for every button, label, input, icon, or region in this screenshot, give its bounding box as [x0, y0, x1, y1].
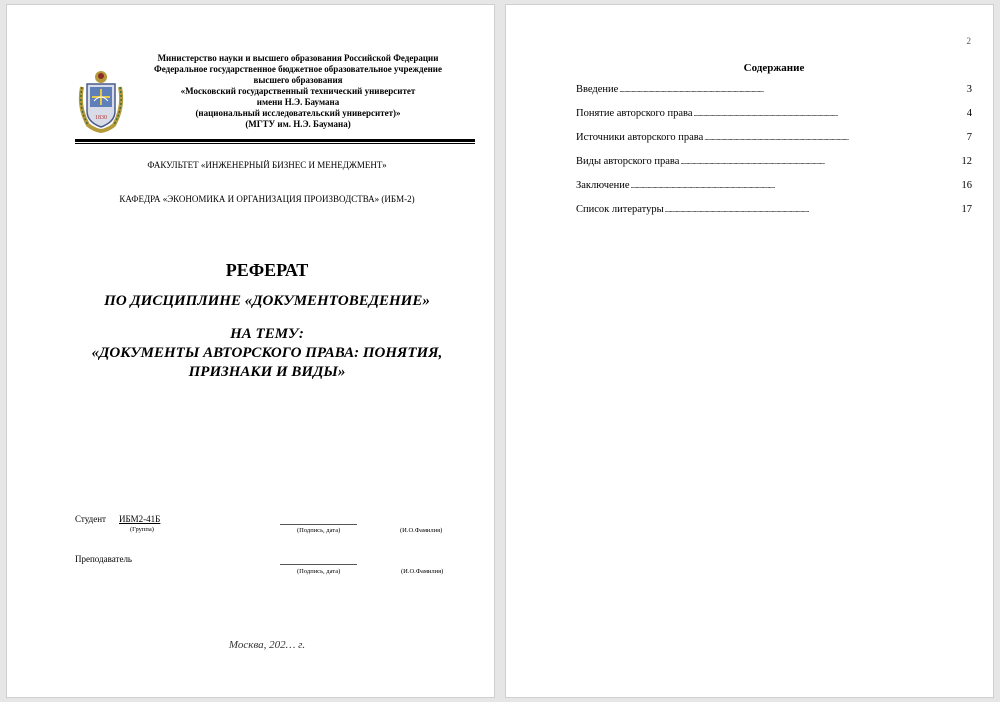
teacher-label: Преподаватель: [75, 554, 132, 564]
header-line: «Московский государственный технический …: [119, 86, 477, 97]
toc-entry-page: 7: [967, 131, 972, 145]
toc-entry-page: 16: [962, 179, 973, 193]
toc-entry-label: Источники авторского права: [576, 131, 703, 145]
toc-entry[interactable]: Виды авторского права 12: [576, 155, 972, 179]
topic-label: НА ТЕМУ:: [37, 325, 497, 344]
toc-entry[interactable]: Заключение 16: [576, 179, 972, 203]
faculty-name: ФАКУЛЬТЕТ «ИНЖЕНЕРНЫЙ БИЗНЕС И МЕНЕДЖМЕН…: [47, 160, 487, 170]
header-line: высшего образования: [119, 75, 477, 86]
teacher-name-caption: (И.О.Фамилия): [401, 568, 443, 575]
toc-leader-dots: [704, 131, 965, 145]
contents-page: 2 Содержание Введение 3 Понятие авторско…: [506, 5, 993, 697]
topic-line: ПРИЗНАКИ И ВИДЫ»: [37, 363, 497, 382]
department-name: КАФЕДРА «ЭКОНОМИКА И ОРГАНИЗАЦИЯ ПРОИЗВО…: [47, 194, 487, 204]
toc-entry-label: Виды авторского права: [576, 155, 679, 169]
discipline-heading: ПО ДИСЦИПЛИНЕ «ДОКУМЕНТОВЕДЕНИЕ»: [47, 293, 487, 310]
header-divider: [75, 139, 475, 142]
toc-entry[interactable]: Список литературы 17: [576, 203, 972, 227]
teacher-signature-line: [280, 564, 357, 565]
toc-entry-label: Введение: [576, 83, 618, 97]
header-line: Федеральное государственное бюджетное об…: [119, 64, 477, 75]
toc-entry-label: Понятие авторского права: [576, 107, 693, 121]
teacher-signature-caption: (Подпись, дата): [297, 568, 340, 575]
title-page: 1830 Министерство науки и высшего образо…: [7, 5, 494, 697]
topic-heading: НА ТЕМУ: «ДОКУМЕНТЫ АВТОРСКОГО ПРАВА: ПО…: [37, 325, 497, 382]
header-line: (МГТУ им. Н.Э. Баумана): [119, 119, 477, 130]
svg-text:1830: 1830: [95, 115, 107, 121]
student-signature-caption: (Подпись, дата): [297, 527, 340, 534]
header-line: имени Н.Э. Баумана: [119, 97, 477, 108]
toc-entry-page: 12: [962, 155, 973, 169]
header-line: Министерство науки и высшего образования…: [119, 53, 477, 64]
student-name-caption: (И.О.Фамилия): [400, 527, 442, 534]
toc-leader-dots: [631, 179, 961, 193]
toc-entry-page: 3: [967, 83, 972, 97]
toc-entry[interactable]: Понятие авторского права 4: [576, 107, 972, 131]
ministry-header: Министерство науки и высшего образования…: [119, 53, 477, 130]
toc-title: Содержание: [506, 62, 1000, 74]
toc-entry-page: 4: [967, 107, 972, 121]
header-line: (национальный исследовательский универси…: [119, 108, 477, 119]
toc-leader-dots: [665, 203, 961, 217]
table-of-contents: Введение 3 Понятие авторского права 4 Ис…: [576, 83, 972, 227]
toc-leader-dots: [680, 155, 960, 169]
topic-line: «ДОКУМЕНТЫ АВТОРСКОГО ПРАВА: ПОНЯТИЯ,: [37, 344, 497, 363]
toc-entry-label: Список литературы: [576, 203, 664, 217]
student-label: Студент: [75, 514, 106, 524]
toc-leader-dots: [694, 107, 966, 121]
page-number: 2: [967, 36, 972, 46]
student-signature-line: [280, 524, 357, 525]
city-year: Москва, 202… г.: [47, 639, 487, 651]
toc-leader-dots: [619, 83, 965, 97]
student-group: ИБМ2-41Б: [119, 514, 160, 524]
toc-entry-page: 17: [962, 203, 973, 217]
toc-entry[interactable]: Источники авторского права 7: [576, 131, 972, 155]
document-type-heading: РЕФЕРАТ: [47, 260, 487, 281]
group-caption: (Группа): [130, 526, 154, 533]
toc-entry-label: Заключение: [576, 179, 630, 193]
toc-entry[interactable]: Введение 3: [576, 83, 972, 107]
